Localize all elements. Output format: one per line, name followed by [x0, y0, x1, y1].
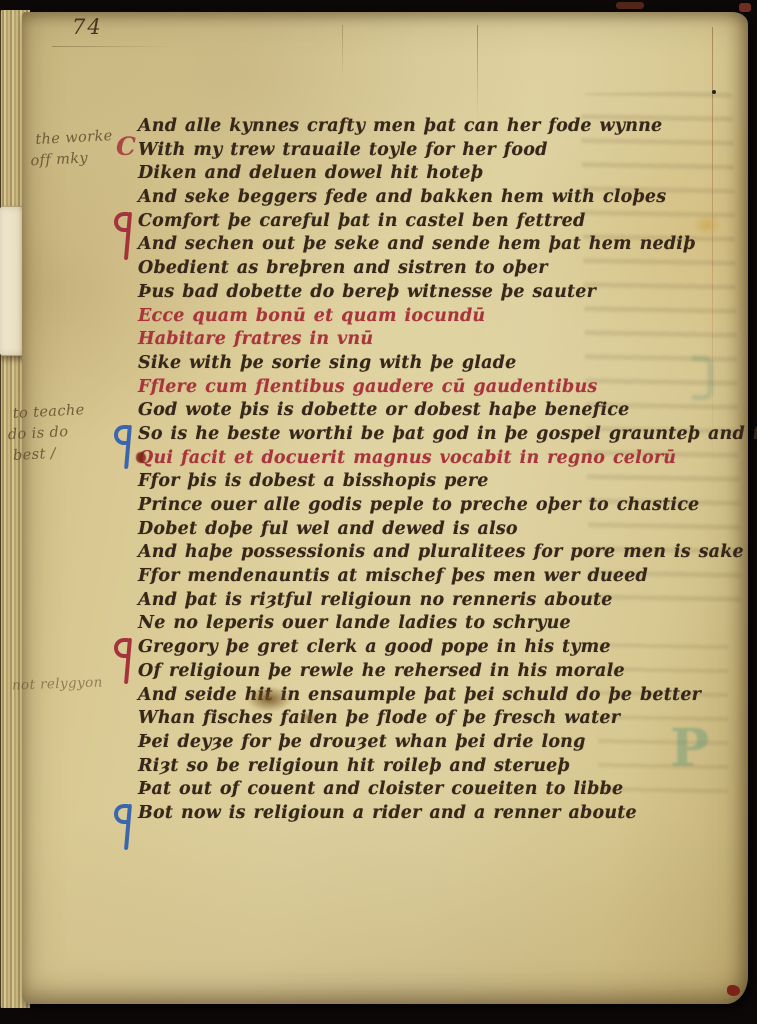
brown-stain [246, 686, 292, 712]
verse-text: Ffor þis is dobest a bisshopis pere [138, 471, 489, 491]
verse-line: CWith my trew trauaile toyle for her foo… [138, 140, 757, 164]
verse-text: Dobet doþe ful wel and dewed is also [138, 519, 518, 539]
brown-stain [300, 712, 318, 724]
verse-text: Gregory þe gret clerk a good pope in his… [138, 637, 611, 657]
verse-line: And alle kynnes crafty men þat can her f… [138, 116, 757, 140]
verse-text: Of religioun þe rewle he rehersed in his… [138, 661, 625, 681]
verse-text: Sike with þe sorie sing with þe glade [138, 353, 516, 373]
verse-text: And haþe possessionis and pluralitees fo… [138, 542, 744, 562]
verse-line: Whan fisches failen þe flode of þe fresc… [138, 708, 757, 732]
margin-note-line: off mky [30, 149, 114, 174]
verse-text: Ecce quam bonū et quam iocundū [138, 306, 485, 326]
verse-line: Of religioun þe rewle he rehersed in his… [138, 661, 757, 685]
crease-line [342, 25, 343, 80]
verse-text: So is he beste worthi be þat god in þe g… [138, 424, 757, 444]
verse-text: Þat out of couent and cloister coueiten … [138, 779, 623, 799]
verse-text: Diken and deluen dowel hit hoteþ [138, 163, 483, 183]
verse-text: Ffor mendenauntis at mischef þes men wer… [138, 566, 648, 586]
verse-line: Fflere cum flentibus gaudere cū gaudenti… [138, 377, 757, 401]
folio-number: 74 [72, 15, 103, 39]
verse-text: Ne no leperis ouer lande ladies to schry… [138, 613, 571, 633]
headband-fragment [739, 3, 751, 12]
verse-line: And seide hit in ensaumple þat þei schul… [138, 685, 757, 709]
verse-line: And þat is riȝtful religioun no renneris… [138, 590, 757, 614]
verse-line: Qui facit et docuerit magnus vocabit in … [138, 448, 757, 472]
verse-line: And haþe possessionis and pluralitees fo… [138, 542, 757, 566]
verse-line: Obedient as breþren and sistren to oþer [138, 258, 757, 282]
paraph-mark: C [116, 137, 134, 157]
verse-text: Þus bad dobette do bereþ witnesse þe sau… [138, 282, 596, 302]
verse-text: Comfort þe careful þat in castel ben fet… [138, 211, 585, 231]
verse-text: With my trew trauaile toyle for her food [138, 140, 548, 160]
ink-blot-stain [136, 452, 146, 463]
verse-line: Prince ouer alle godis peple to preche o… [138, 495, 757, 519]
headband-fragment [616, 2, 644, 9]
verse-text: Bot now is religioun a rider and a renne… [138, 803, 637, 823]
verse-line: Habitare fratres in vnū [138, 329, 757, 353]
verse-text: And þat is riȝtful religioun no renneris… [138, 590, 613, 610]
verse-text: Prince ouer alle godis peple to preche o… [138, 495, 699, 515]
verse-text: Whan fisches failen þe flode of þe fresc… [138, 708, 620, 728]
verse-text: God wote þis is dobette or dobest haþe b… [138, 400, 630, 420]
verse-text: And alle kynnes crafty men þat can her f… [138, 116, 662, 136]
verse-line: Ne no leperis ouer lande ladies to schry… [138, 613, 757, 637]
verse-text: Riȝt so be religioun hit roileþ and ster… [138, 756, 570, 776]
verse-line: Ecce quam bonū et quam iocundū [138, 306, 757, 330]
ink-speck [712, 90, 716, 94]
verse-line: Dobet doþe ful wel and dewed is also [138, 519, 757, 543]
yellow-stain [692, 214, 722, 236]
crease-line [52, 46, 172, 47]
verse-line: God wote þis is dobette or dobest haþe b… [138, 400, 757, 424]
margin-note-line: not relygyon [12, 674, 104, 698]
verse-line: Bot now is religioun a rider and a renne… [138, 803, 757, 827]
verse-line: Gregory þe gret clerk a good pope in his… [138, 637, 757, 661]
poem-text-block: And alle kynnes crafty men þat can her f… [138, 116, 757, 827]
verse-line: Þus bad dobette do bereþ witnesse þe sau… [138, 282, 757, 306]
binding-fragment [727, 985, 740, 996]
verse-text: And seke beggers fede and bakken hem wit… [138, 187, 666, 207]
verse-text: Fflere cum flentibus gaudere cū gaudenti… [138, 377, 597, 397]
verse-line: And sechen out þe seke and sende hem þat… [138, 234, 757, 258]
margin-note: to teachedo is dobest / [12, 402, 87, 469]
verse-line: And seke beggers fede and bakken hem wit… [138, 187, 757, 211]
verse-line: Þat out of couent and cloister coueiten … [138, 779, 757, 803]
margin-note: the workeoff mky [35, 128, 114, 174]
verse-line: Ffor þis is dobest a bisshopis pere [138, 471, 757, 495]
verse-text: Þei deyȝe for þe drouȝet whan þei drie l… [138, 732, 586, 752]
verse-text: And sechen out þe seke and sende hem þat… [138, 234, 696, 254]
verse-line: Comfort þe careful þat in castel ben fet… [138, 211, 757, 235]
verse-line: Ffor mendenauntis at mischef þes men wer… [138, 566, 757, 590]
crease-line [477, 25, 478, 120]
verse-text: Qui facit et docuerit magnus vocabit in … [138, 448, 676, 468]
margin-note: not relygyon [12, 674, 104, 698]
verse-line: Diken and deluen dowel hit hoteþ [138, 163, 757, 187]
verse-line: So is he beste worthi be þat god in þe g… [138, 424, 757, 448]
verse-line: Þei deyȝe for þe drouȝet whan þei drie l… [138, 732, 757, 756]
verse-line: Riȝt so be religioun hit roileþ and ster… [138, 756, 757, 780]
verse-text: Obedient as breþren and sistren to oþer [138, 258, 548, 278]
verse-text: And seide hit in ensaumple þat þei schul… [138, 685, 701, 705]
margin-note-line: best / [13, 444, 88, 469]
verse-line: Sike with þe sorie sing with þe glade [138, 353, 757, 377]
verse-text: Habitare fratres in vnū [138, 329, 373, 349]
